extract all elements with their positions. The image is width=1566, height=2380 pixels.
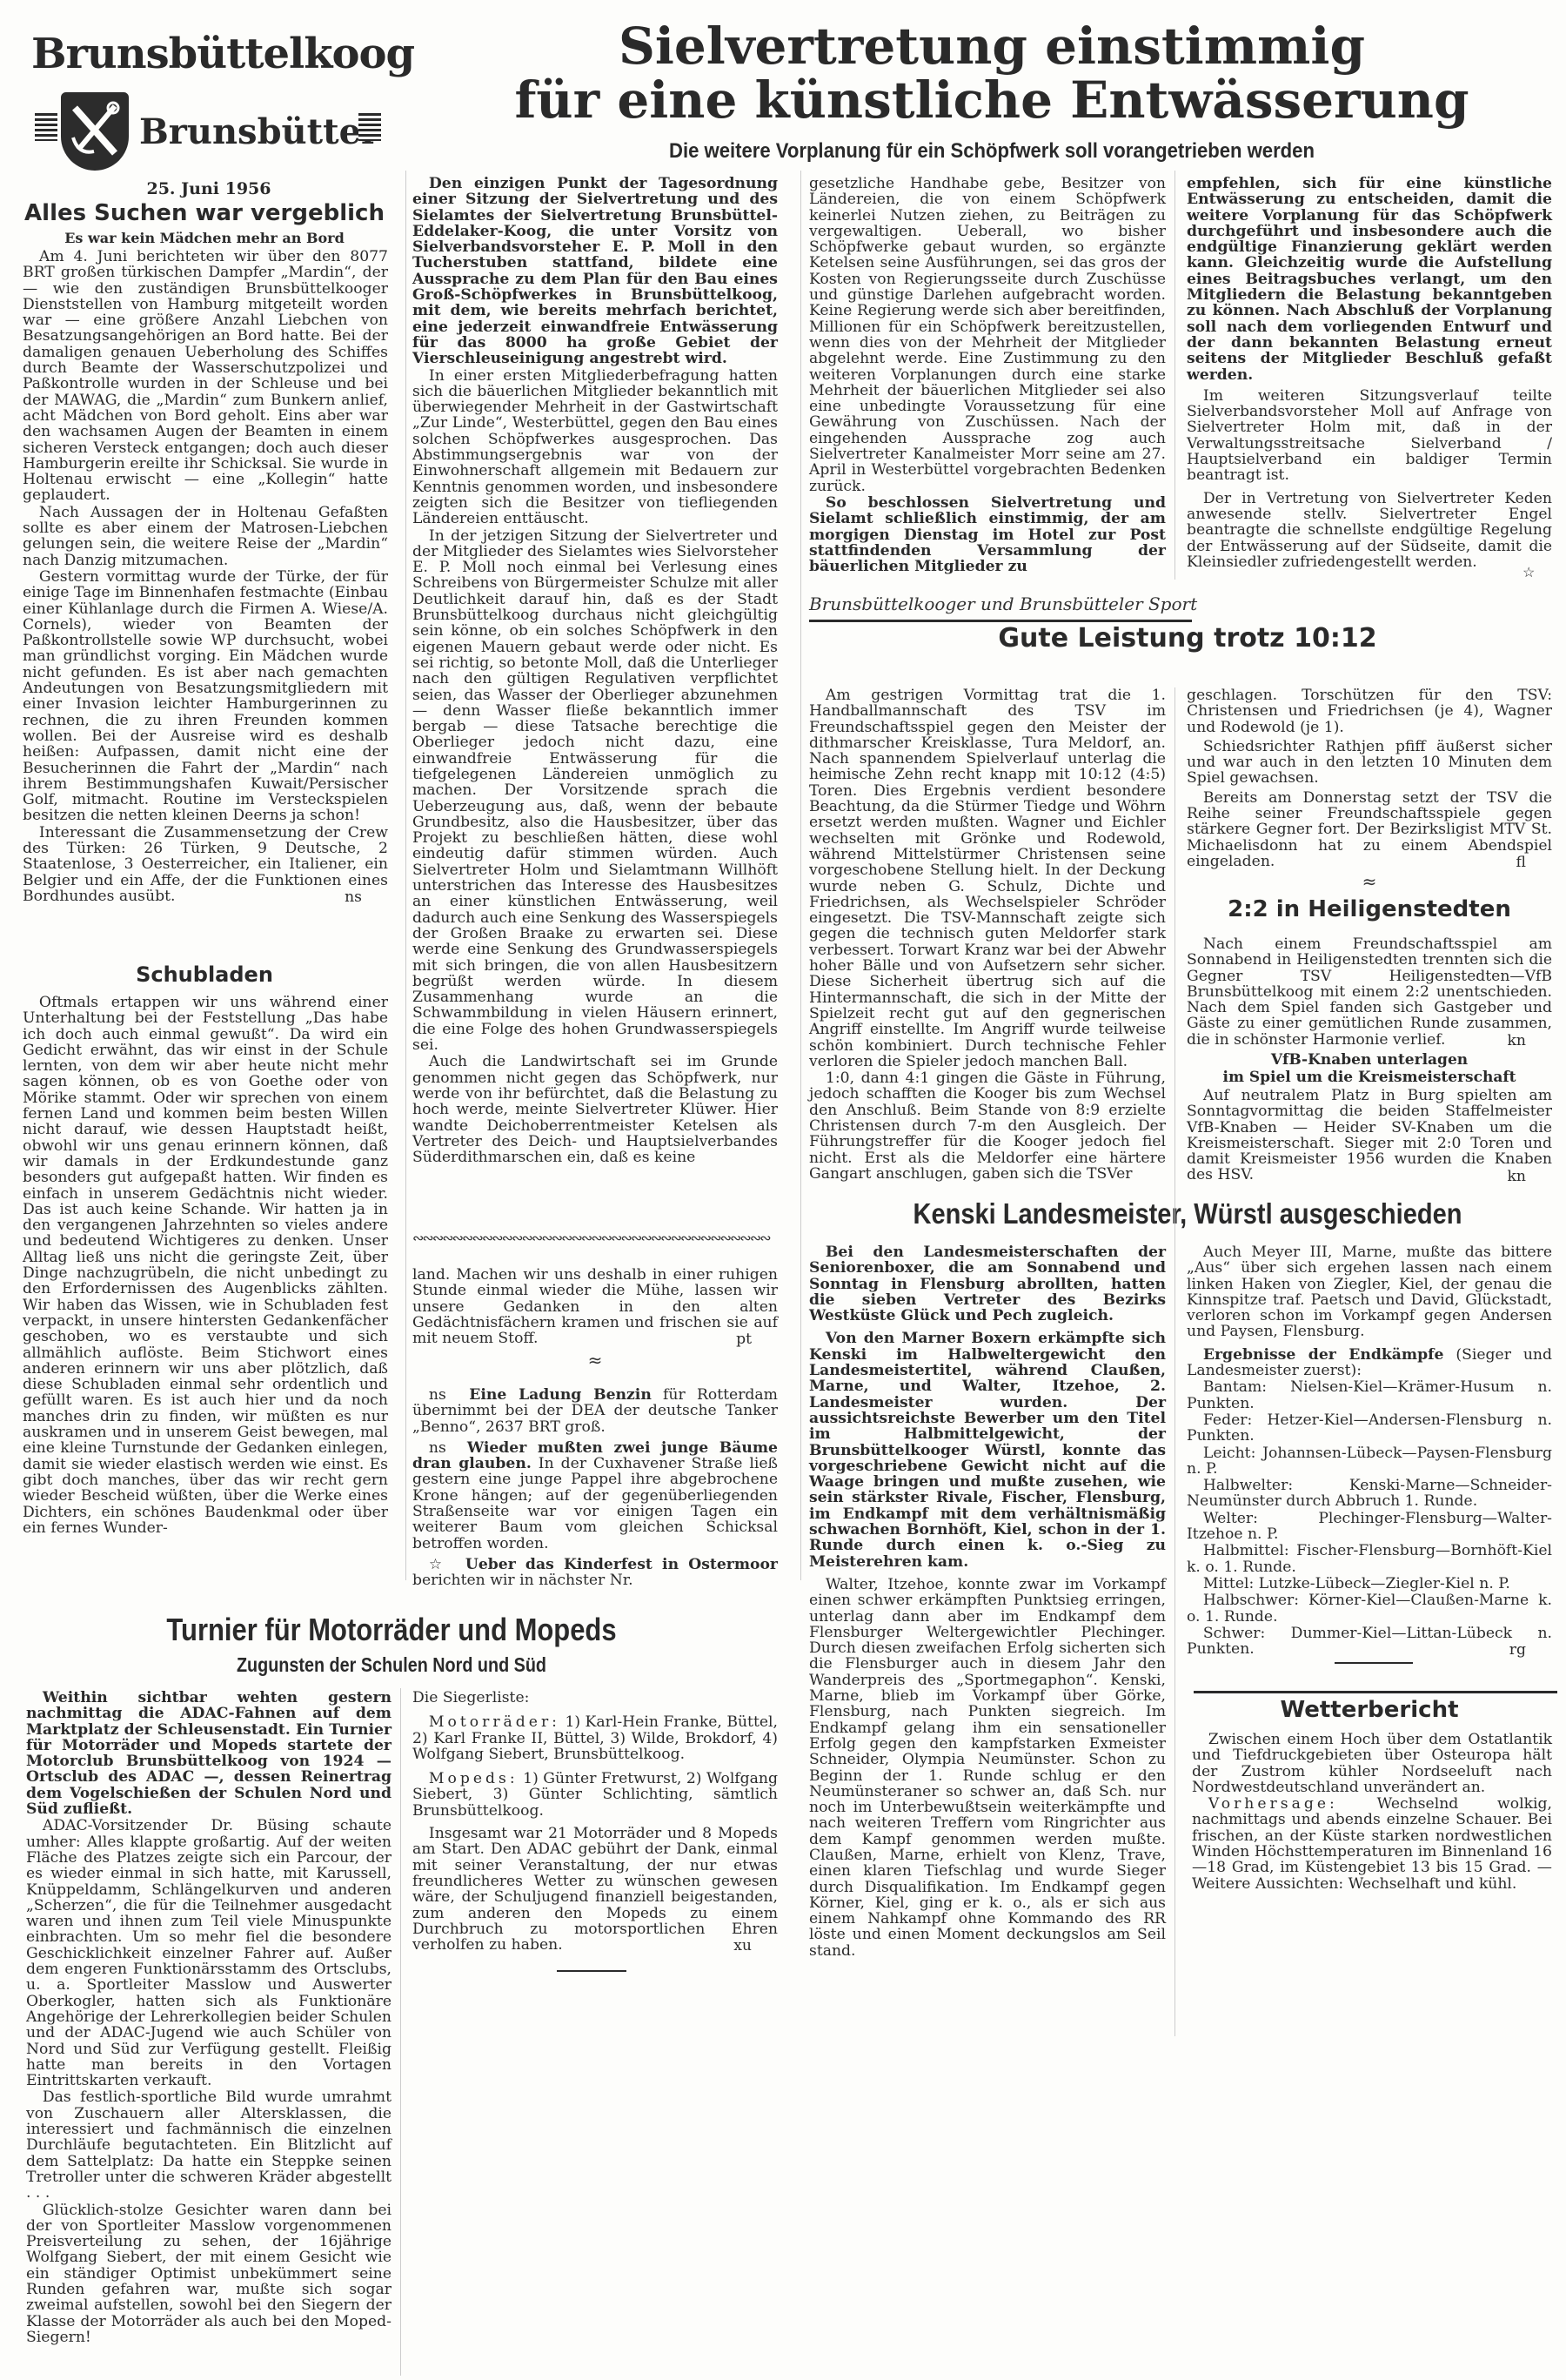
- paragraph: Auch Meyer III, Marne, mußte das bittere…: [1187, 1244, 1552, 1340]
- article-turnier-col2: Die Siegerliste: Motorräder: 1) Karl-Hei…: [412, 1690, 778, 1954]
- issue-date: 25. Juni 1956: [0, 179, 418, 198]
- brief-initials: ns: [429, 1386, 446, 1404]
- schubladen-continued: land. Machen wir uns deshalb in einer ru…: [412, 1267, 778, 1348]
- paragraph: gesetzliche Handhabe gebe, Besitzer von …: [809, 176, 1166, 494]
- column-divider: [400, 1688, 401, 2376]
- article-knaben-body: Auf neutralem Platz in Burg spielten am …: [1187, 1088, 1552, 1184]
- brief-text: berichten wir in nächster Nr.: [412, 1572, 633, 1589]
- weight-class: Welter:: [1203, 1510, 1258, 1527]
- article-subtitle-suche: Es war kein Mädchen mehr an Bord: [0, 230, 409, 246]
- paragraph: In der jetzigen Sitzung der Sielvertrete…: [412, 528, 778, 1054]
- paragraph: Der in Vertretung von Sielvertreter Kede…: [1187, 491, 1552, 570]
- paragraph: Am 4. Juni berichteten wir über den 8077…: [23, 249, 388, 504]
- lead-article-col3: empfehlen, sich für eine künstliche Entw…: [1187, 176, 1552, 571]
- column-divider: [1174, 687, 1175, 2036]
- result-item: Feder: Hetzer-Kiel—Andersen-Flensburg n.…: [1187, 1412, 1552, 1445]
- result-item: Leicht: Johannsen-Lübeck—Paysen-Flensbur…: [1187, 1445, 1552, 1478]
- section-separator-icon: ≈: [1187, 875, 1552, 888]
- paragraph: Das festlich-sportliche Bild wurde umrah…: [26, 2089, 391, 2201]
- forecast-label: Vorhersage:: [1208, 1795, 1338, 1813]
- column-divider: [405, 171, 406, 1580]
- paragraph: empfehlen, sich für eine künstliche Entw…: [1187, 176, 1552, 383]
- paragraph: Im weiteren Sitzungsverlauf teilte Sielv…: [1187, 388, 1552, 484]
- weight-class: Halbmittel:: [1203, 1542, 1289, 1559]
- column-divider: [1174, 171, 1175, 580]
- class-label: Motorräder:: [429, 1713, 560, 1731]
- masthead-title: Brunsbüttelkoog: [31, 30, 414, 78]
- weather-rule: [1194, 1691, 1557, 1693]
- paragraph: Nach einem Freundschaftsspiel am Sonnabe…: [1187, 936, 1552, 1048]
- paragraph: Walter, Itzehoe, konnte zwar im Vorkampf…: [809, 1577, 1166, 1959]
- paragraph: geschlagen. Torschützen für den TSV: Chr…: [1187, 687, 1552, 735]
- weight-class: Schwer:: [1203, 1625, 1265, 1642]
- result-item: Mittel: Lutzke-Lübeck—Ziegler-Kiel n. P.: [1187, 1576, 1552, 1592]
- winners-mopeds: Mopeds: 1) Günter Fretwurst, 2) Wolfgang…: [412, 1771, 778, 1819]
- article-suche-body: Am 4. Juni berichteten wir über den 8077…: [23, 249, 388, 905]
- paragraph: Gestern vormittag wurde der Türke, der f…: [23, 569, 388, 824]
- article-schubladen-body: Oftmals ertappen wir uns während einer U…: [23, 995, 388, 1537]
- weight-class: Mittel:: [1203, 1575, 1254, 1592]
- banner-right-icon: [358, 113, 381, 141]
- winners-motorraeder: Motorräder: 1) Karl-Hein Franke, Büttel,…: [412, 1714, 778, 1762]
- article-subtitle-turnier: Zugunsten der Schulen Nord und Süd: [55, 1653, 728, 1677]
- article-title-suche: Alles Suchen war vergeblich: [0, 200, 409, 226]
- local-briefs: ns Eine Ladung Benzin für Rotterdam über…: [412, 1387, 778, 1590]
- anchor-crest-icon: [61, 92, 129, 171]
- results-label: Ergebnisse der Endkämpfe: [1203, 1346, 1444, 1364]
- end-star-icon: ☆: [1522, 564, 1535, 580]
- results-heading: Ergebnisse der Endkämpfe (Sieger und Lan…: [1187, 1347, 1552, 1379]
- paragraph: Insgesamt war 21 Motorräder und 8 Mopeds…: [412, 1826, 778, 1953]
- knaben-title-line1: VfB-Knaben unterlagen: [1187, 1051, 1552, 1069]
- knaben-title-line2: im Spiel um die Kreismeisterschaft: [1187, 1069, 1552, 1086]
- weight-class: Bantam:: [1203, 1378, 1267, 1396]
- paragraph: 1:0, dann 4:1 gingen die Gäste in Führun…: [809, 1070, 1166, 1182]
- weight-class: Leicht:: [1203, 1445, 1255, 1462]
- result-item: Halbmittel: Fischer-Flensburg—Bornhöft-K…: [1187, 1543, 1552, 1575]
- weight-class: Feder:: [1203, 1411, 1252, 1429]
- masthead-subtitle: Brunsbüttel: [139, 111, 374, 152]
- article-gute-col2: geschlagen. Torschützen für den TSV: Chr…: [1187, 687, 1552, 871]
- paragraph: In einer ersten Mitgliederbefragung hatt…: [412, 368, 778, 527]
- paragraph: Von den Marner Boxern erkämpfte sich Ken…: [809, 1331, 1166, 1569]
- brief-headline: Eine Ladung Benzin: [469, 1386, 652, 1404]
- lead-article-col2: gesetzliche Handhabe gebe, Besitzer von …: [809, 176, 1166, 575]
- forecast: Vorhersage: Wechselnd wolkig, nachmittag…: [1192, 1796, 1552, 1892]
- section-rule: [809, 620, 1192, 622]
- paragraph: Schiedsrichter Rathjen pfiff äußerst sic…: [1187, 739, 1552, 787]
- paragraph: So beschlossen Sielvertretung und Sielam…: [809, 495, 1166, 574]
- lead-intro: Den einzigen Punkt der Tagesordnung eine…: [412, 176, 778, 367]
- article-wetter-body: Zwischen einem Hoch über dem Ostatlantik…: [1192, 1732, 1552, 1893]
- result-item: Halbschwer: Körner-Kiel—Claußen-Marne k.…: [1187, 1592, 1552, 1625]
- results-list: Bantam: Nielsen-Kiel—Krämer-Husum n. Pun…: [1187, 1379, 1552, 1657]
- weight-class: Halbwelter:: [1203, 1477, 1293, 1494]
- article-title-gute-leistung: Gute Leistung trotz 10:12: [809, 623, 1566, 654]
- article-title-turnier: Turnier für Motorräder und Mopeds: [55, 1612, 728, 1648]
- column-divider: [800, 171, 801, 1580]
- masthead: Brunsbüttelkoog Brunsbüttel: [17, 24, 400, 172]
- article-kenski-col2: Auch Meyer III, Marne, mußte das bittere…: [1187, 1244, 1552, 1659]
- lead-headline-line2: für eine künstliche Entwässerung: [418, 73, 1566, 127]
- paragraph: Oftmals ertappen wir uns während einer U…: [23, 995, 388, 1536]
- article-turnier-col1: Weithin sichtbar wehten gestern nachmitt…: [26, 1690, 391, 2346]
- lead-headline-line1: Sielvertretung einstimmig: [418, 19, 1566, 73]
- paragraph: Auch die Landwirtschaft sei im Grunde ge…: [412, 1054, 778, 1165]
- article-title-schubladen: Schubladen: [0, 962, 409, 987]
- lead-headline: Sielvertretung einstimmig für eine künst…: [418, 19, 1566, 127]
- paragraph: Nach Aussagen der in Holtenau Gefaßten s…: [23, 505, 388, 568]
- sport-section-label: Brunsbüttelkooger und Brunsbütteler Spor…: [809, 593, 1197, 614]
- section-separator-icon: ≈: [412, 1354, 778, 1366]
- article-gute-col1: Am gestrigen Vormittag trat die 1. Handb…: [809, 687, 1166, 1183]
- brief-item: ns Wieder mußten zwei junge Bäume dran g…: [412, 1440, 778, 1552]
- short-rule: [557, 1970, 626, 1972]
- lead-subtitle: Die weitere Vorplanung für ein Schöpfwer…: [464, 139, 1520, 164]
- banner-left-icon: [35, 113, 57, 141]
- short-rule: [1335, 1662, 1413, 1664]
- class-label: Mopeds:: [429, 1770, 519, 1787]
- star-icon: ☆: [429, 1556, 447, 1573]
- wavy-divider: ∾∾∾∾∾∾∾∾∾∾∾∾∾∾∾∾∾∾∾∾∾∾∾∾∾∾∾∾∾∾∾∾∾∾∾∾: [412, 1232, 778, 1244]
- paragraph: Zwischen einem Hoch über dem Ostatlantik…: [1192, 1732, 1552, 1795]
- article-heilig-body: Nach einem Freundschaftsspiel am Sonnabe…: [1187, 936, 1552, 1049]
- article-title-knaben: VfB-Knaben unterlagen im Spiel um die Kr…: [1187, 1051, 1552, 1086]
- paragraph: ADAC-Vorsitzender Dr. Büsing schaute umh…: [26, 1818, 391, 2088]
- turnier-intro: Weithin sichtbar wehten gestern nachmitt…: [26, 1690, 391, 1817]
- result-item: Halbwelter: Kenski-Marne—Schneider-Neumü…: [1187, 1478, 1552, 1510]
- paragraph: Glücklich-stolze Gesichter waren dann be…: [26, 2202, 391, 2346]
- brief-item: ☆ Ueber das Kinderfest in Ostermoor beri…: [412, 1557, 778, 1589]
- brief-item: ns Eine Ladung Benzin für Rotterdam über…: [412, 1387, 778, 1435]
- kenski-intro: Bei den Landesmeisterschaften der Senior…: [809, 1244, 1166, 1324]
- result-item: Bantam: Nielsen-Kiel—Krämer-Husum n. Pun…: [1187, 1379, 1552, 1411]
- result-text: Lutzke-Lübeck—Ziegler-Kiel n. P.: [1254, 1575, 1510, 1592]
- brief-initials: ns: [429, 1439, 446, 1457]
- article-title-heiligenstedten: 2:2 in Heiligenstedten: [1187, 896, 1552, 922]
- lead-article-col1: Den einzigen Punkt der Tagesordnung eine…: [412, 176, 778, 1166]
- weight-class: Halbschwer:: [1203, 1592, 1299, 1609]
- article-title-wetter: Wetterbericht: [1187, 1697, 1552, 1723]
- result-item: Welter: Plechinger-Flensburg—Walter-Itze…: [1187, 1511, 1552, 1543]
- paragraph: Am gestrigen Vormittag trat die 1. Handb…: [809, 687, 1166, 1069]
- article-kenski-col1: Bei den Landesmeisterschaften der Senior…: [809, 1244, 1166, 1960]
- article-title-kenski: Kenski Landesmeister, Würstl ausgeschied…: [854, 1197, 1521, 1230]
- winners-label: Die Siegerliste:: [412, 1690, 778, 1706]
- brief-headline: Ueber das Kinderfest in Ostermoor: [465, 1556, 778, 1573]
